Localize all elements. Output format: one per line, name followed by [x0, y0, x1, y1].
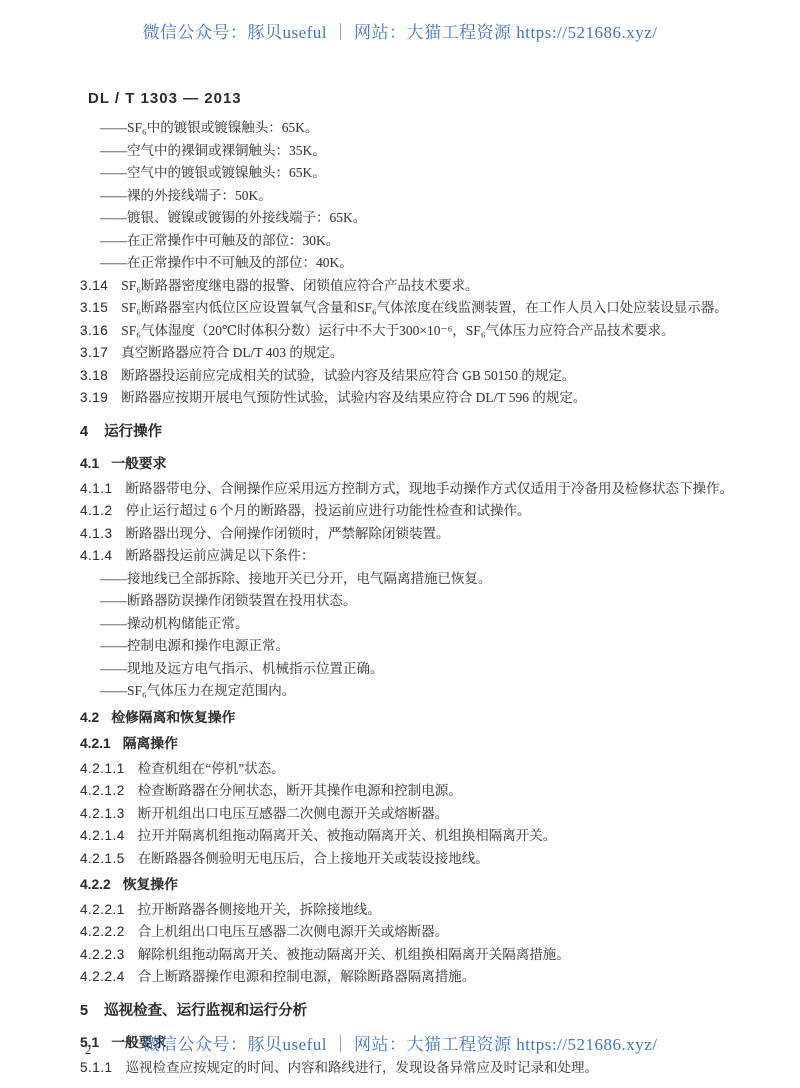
clause-text: 解除机组拖动隔离开关、被拖动隔离开关、机组换相隔离开关隔离措施。 [138, 947, 570, 962]
clause-3.16: 3.16SF₆气体湿度（20℃时体积分数）运行中不大于300×10⁻⁶，SF₆气… [80, 321, 742, 342]
dash-list-item: ——在正常操作中可触及的部位：30K。 [80, 231, 742, 252]
clause-number: 4.2.2.3 [80, 947, 125, 962]
clause-3.19: 3.19断路器应按期开展电气预防性试验，试验内容及结果应符合 DL/T 596 … [80, 388, 742, 409]
clause-4.2.2.1: 4.2.2.1拉开断路器各侧接地开关，拆除接地线。 [80, 900, 742, 921]
clause-text: SF₆气体湿度（20℃时体积分数）运行中不大于300×10⁻⁶，SF₆气体压力应… [121, 323, 674, 338]
clause-text: 拉开断路器各侧接地开关，拆除接地线。 [138, 902, 381, 917]
clause-number: 4.2.1.2 [80, 783, 125, 798]
section-heading-4.2: 4.2检修隔离和恢复操作 [80, 708, 742, 729]
dash-list-item: ——空气中的镀银或镀镍触头：65K。 [80, 163, 742, 184]
clause-number: 3.19 [80, 390, 108, 405]
dash-list-item: ——SF₆气体压力在规定范围内。 [80, 681, 742, 702]
clause-text: 恢复操作 [123, 877, 178, 892]
clause-text: 运行操作 [104, 424, 162, 440]
watermark-footer: 微信公众号：豚贝useful ｜ 网站：大猫工程资源 https://52168… [0, 1030, 800, 1055]
clause-text: 拉开并隔离机组拖动隔离开关、被拖动隔离开关、机组换相隔离开关。 [138, 828, 557, 843]
clause-text: 断路器投运前应满足以下条件： [126, 548, 315, 563]
clause-5.1.1: 5.1.1巡视检查应按规定的时间、内容和路线进行，发现设备异常应及时记录和处理。 [80, 1058, 742, 1079]
clause-number: 3.16 [80, 323, 108, 338]
clause-text: 断路器应按期开展电气预防性试验，试验内容及结果应符合 DL/T 596 的规定。 [121, 390, 586, 405]
clause-text: 断路器出现分、合闸操作闭锁时，严禁解除闭锁装置。 [126, 526, 450, 541]
section-heading-4: 4运行操作 [80, 422, 742, 443]
section-heading-4.2.1: 4.2.1隔离操作 [80, 734, 742, 755]
standard-number-header: DL / T 1303 — 2013 [88, 90, 242, 107]
clause-text: 检查断路器在分闸状态，断开其操作电源和控制电源。 [138, 783, 462, 798]
dash-list-item: ——裸的外接线端子：50K。 [80, 186, 742, 207]
clause-4.2.2.2: 4.2.2.2合上机组出口电压互感器二次侧电源开关或熔断器。 [80, 922, 742, 943]
clause-text: 断路器投运前应完成相关的试验，试验内容及结果应符合 GB 50150 的规定。 [121, 368, 575, 383]
clause-text: 断开机组出口电压互感器二次侧电源开关或熔断器。 [138, 806, 449, 821]
clause-number: 4.2.1.5 [80, 851, 125, 866]
clause-4.2.1.3: 4.2.1.3断开机组出口电压互感器二次侧电源开关或熔断器。 [80, 804, 742, 825]
clause-4.1.2: 4.1.2停止运行超过 6 个月的断路器，投运前应进行功能性检查和试操作。 [80, 501, 742, 522]
clause-number: 3.14 [80, 278, 108, 293]
clause-number: 4.2 [80, 710, 99, 725]
document-body: ——SF₆中的镀银或镀镍触头：65K。——空气中的裸铜或裸铜触头：35K。——空… [80, 118, 742, 1080]
dash-list-item: ——接地线已全部拆除、接地开关已分开，电气隔离措施已恢复。 [80, 569, 742, 590]
clause-text: 检查机组在“停机”状态。 [138, 761, 285, 776]
clause-3.15: 3.15SF₆断路器室内低位区应设置氧气含量和SF₆气体浓度在线监测装置，在工作… [80, 298, 742, 319]
watermark-header: 微信公众号：豚贝useful ｜ 网站：大猫工程资源 https://52168… [0, 18, 800, 43]
clause-4.1.1: 4.1.1断路器带电分、合闸操作应采用远方控制方式，现地手动操作方式仅适用于冷备… [80, 479, 742, 500]
clause-number: 4.2.2.2 [80, 924, 125, 939]
clause-3.14: 3.14SF₆断路器密度继电器的报警、闭锁值应符合产品技术要求。 [80, 276, 742, 297]
document-page: 微信公众号：豚贝useful ｜ 网站：大猫工程资源 https://52168… [0, 0, 800, 1088]
section-heading-4.1: 4.1一般要求 [80, 454, 742, 475]
clause-4.2.2.4: 4.2.2.4合上断路器操作电源和控制电源，解除断路器隔离措施。 [80, 967, 742, 988]
dash-list-item: ——控制电源和操作电源正常。 [80, 636, 742, 657]
clause-number: 4 [80, 424, 88, 440]
clause-text: SF₆断路器室内低位区应设置氧气含量和SF₆气体浓度在线监测装置，在工作人员入口… [121, 300, 727, 315]
clause-text: 隔离操作 [123, 736, 178, 751]
clause-text: 断路器带电分、合闸操作应采用远方控制方式，现地手动操作方式仅适用于冷备用及检修状… [126, 481, 734, 496]
dash-list-item: ——空气中的裸铜或裸铜触头：35K。 [80, 141, 742, 162]
clause-number: 4.2.1.3 [80, 806, 125, 821]
clause-4.2.1.2: 4.2.1.2检查断路器在分闸状态，断开其操作电源和控制电源。 [80, 781, 742, 802]
clause-number: 5 [80, 1003, 88, 1019]
clause-text: 合上断路器操作电源和控制电源，解除断路器隔离措施。 [138, 969, 476, 984]
clause-number: 3.18 [80, 368, 108, 383]
clause-number: 4.1 [80, 456, 99, 471]
clause-number: 4.2.2.1 [80, 902, 125, 917]
clause-number: 4.2.2 [80, 877, 111, 892]
clause-3.18: 3.18断路器投运前应完成相关的试验，试验内容及结果应符合 GB 50150 的… [80, 366, 742, 387]
clause-number: 4.1.4 [80, 548, 113, 563]
dash-list-item: ——SF₆中的镀银或镀镍触头：65K。 [80, 118, 742, 139]
clause-4.1.4: 4.1.4断路器投运前应满足以下条件： [80, 546, 742, 567]
clause-number: 5.1.1 [80, 1060, 113, 1075]
clause-3.17: 3.17真空断路器应符合 DL/T 403 的规定。 [80, 343, 742, 364]
clause-4.2.1.5: 4.2.1.5在断路器各侧验明无电压后，合上接地开关或装设接地线。 [80, 849, 742, 870]
clause-number: 4.2.2.4 [80, 969, 125, 984]
clause-number: 3.15 [80, 300, 108, 315]
clause-number: 4.1.3 [80, 526, 113, 541]
clause-text: 停止运行超过 6 个月的断路器，投运前应进行功能性检查和试操作。 [126, 503, 531, 518]
clause-4.2.1.1: 4.2.1.1检查机组在“停机”状态。 [80, 759, 742, 780]
clause-number: 4.2.1.1 [80, 761, 125, 776]
dash-list-item: ——断路器防误操作闭锁装置在投用状态。 [80, 591, 742, 612]
clause-number: 4.2.1 [80, 736, 111, 751]
clause-4.2.1.4: 4.2.1.4拉开并隔离机组拖动隔离开关、被拖动隔离开关、机组换相隔离开关。 [80, 826, 742, 847]
clause-text: 合上机组出口电压互感器二次侧电源开关或熔断器。 [138, 924, 449, 939]
clause-text: SF₆断路器密度继电器的报警、闭锁值应符合产品技术要求。 [121, 278, 478, 293]
clause-4.1.3: 4.1.3断路器出现分、合闸操作闭锁时，严禁解除闭锁装置。 [80, 524, 742, 545]
section-heading-4.2.2: 4.2.2恢复操作 [80, 875, 742, 896]
clause-text: 在断路器各侧验明无电压后，合上接地开关或装设接地线。 [138, 851, 489, 866]
clause-text: 一般要求 [111, 456, 166, 471]
clause-text: 检修隔离和恢复操作 [111, 710, 235, 725]
dash-list-item: ——镀银、镀镍或镀锡的外接线端子：65K。 [80, 208, 742, 229]
dash-list-item: ——操动机构储能正常。 [80, 614, 742, 635]
clause-4.2.2.3: 4.2.2.3解除机组拖动隔离开关、被拖动隔离开关、机组换相隔离开关隔离措施。 [80, 945, 742, 966]
clause-text: 真空断路器应符合 DL/T 403 的规定。 [121, 345, 343, 360]
clause-text: 巡视检查应按规定的时间、内容和路线进行，发现设备异常应及时记录和处理。 [126, 1060, 599, 1075]
clause-number: 4.1.2 [80, 503, 113, 518]
dash-list-item: ——现地及远方电气指示、机械指示位置正确。 [80, 659, 742, 680]
clause-number: 4.1.1 [80, 481, 113, 496]
dash-list-item: ——在正常操作中不可触及的部位：40K。 [80, 253, 742, 274]
clause-text: 巡视检查、运行监视和运行分析 [104, 1003, 307, 1019]
section-heading-5: 5巡视检查、运行监视和运行分析 [80, 1001, 742, 1022]
clause-number: 4.2.1.4 [80, 828, 125, 843]
clause-number: 3.17 [80, 345, 108, 360]
